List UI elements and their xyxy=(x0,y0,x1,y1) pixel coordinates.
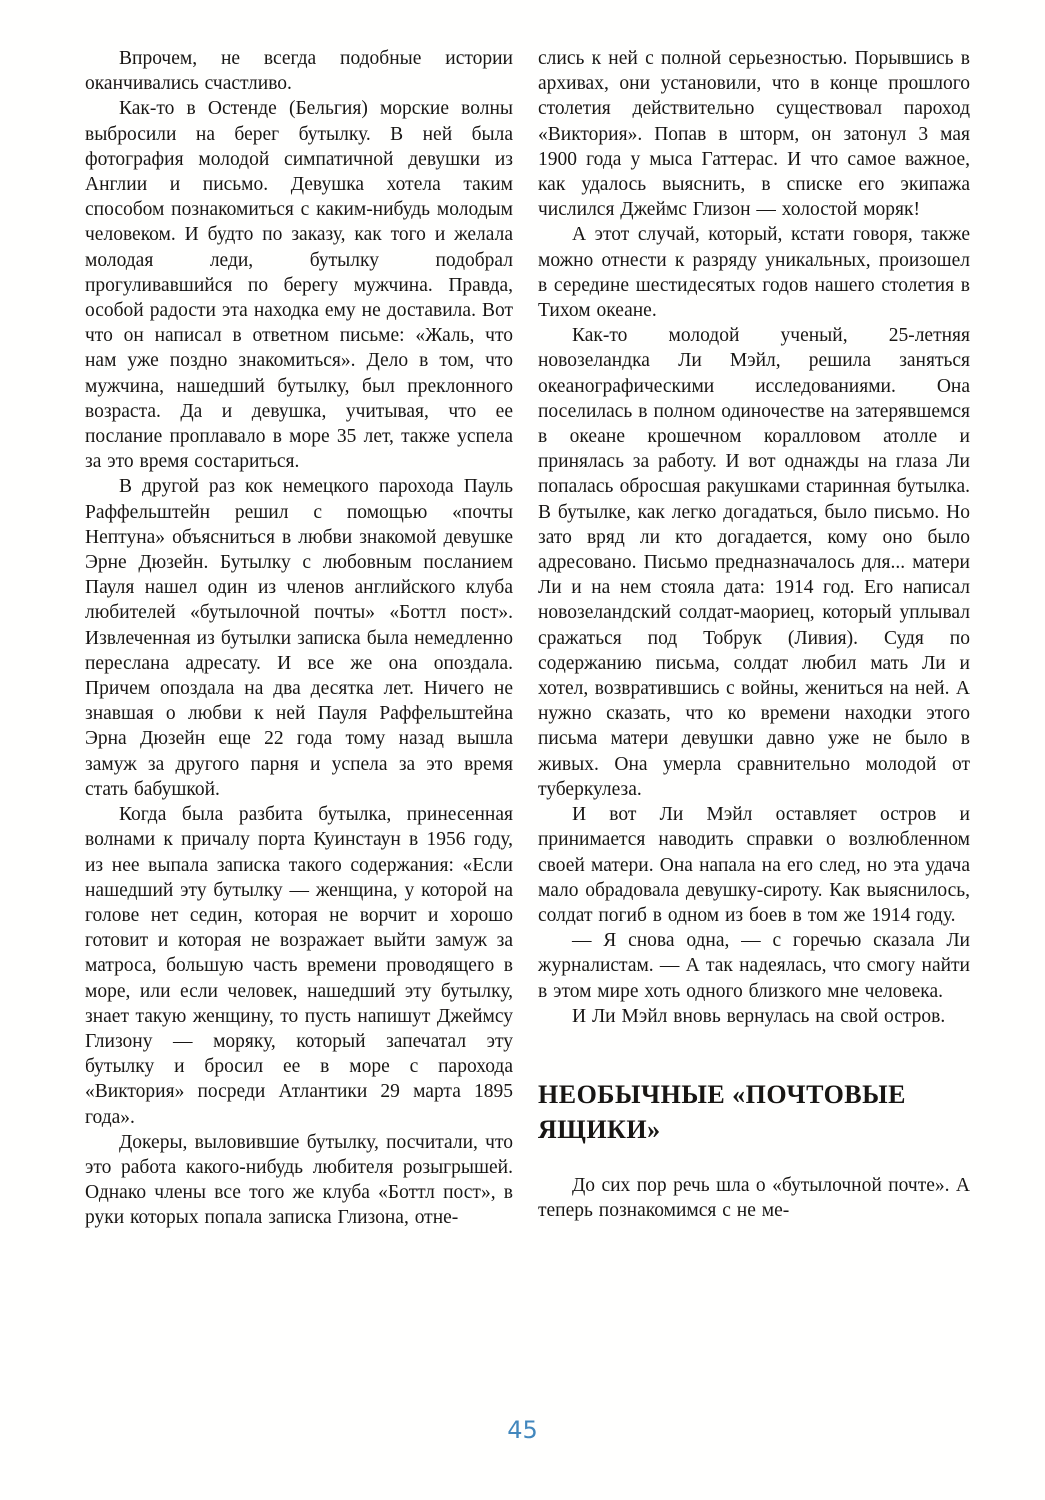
paragraph: А этот случай, который, кстати говоря, т… xyxy=(538,222,970,323)
paragraph: Как-то в Остенде (Бельгия) морские волны… xyxy=(85,96,513,474)
left-column: Впрочем, не всегда подобные истории окан… xyxy=(85,46,513,1231)
paragraph-continuation: слись к ней с полной серьезностью. Порыв… xyxy=(538,46,970,222)
paragraph: — Я снова одна, — с горечью сказала Ли ж… xyxy=(538,928,970,1004)
paragraph: Докеры, выловившие бутылку, посчитали, ч… xyxy=(85,1130,513,1231)
paragraph: И вот Ли Мэйл оставляет остров и принима… xyxy=(538,802,970,928)
right-column: слись к ней с полной серьезностью. Порыв… xyxy=(538,46,970,1231)
section-heading: НЕОБЫЧНЫЕ «ПОЧТОВЫЕ ЯЩИКИ» xyxy=(538,1077,970,1147)
two-column-text-layout: Впрочем, не всегда подобные истории окан… xyxy=(85,46,970,1231)
paragraph: Впрочем, не всегда подобные истории окан… xyxy=(85,46,513,96)
paragraph: И Ли Мэйл вновь вернулась на свой остров… xyxy=(538,1004,970,1029)
page-number: 45 xyxy=(0,1416,1045,1444)
paragraph: Как-то молодой ученый, 25-летняя новозел… xyxy=(538,323,970,802)
book-page: Впрочем, не всегда подобные истории окан… xyxy=(0,0,1045,1500)
paragraph: Когда была разбита бутылка, принесенная … xyxy=(85,802,513,1130)
paragraph: До сих пор речь шла о «бутылочной почте»… xyxy=(538,1173,970,1223)
paragraph: В другой раз кок немецкого парохода Паул… xyxy=(85,474,513,802)
